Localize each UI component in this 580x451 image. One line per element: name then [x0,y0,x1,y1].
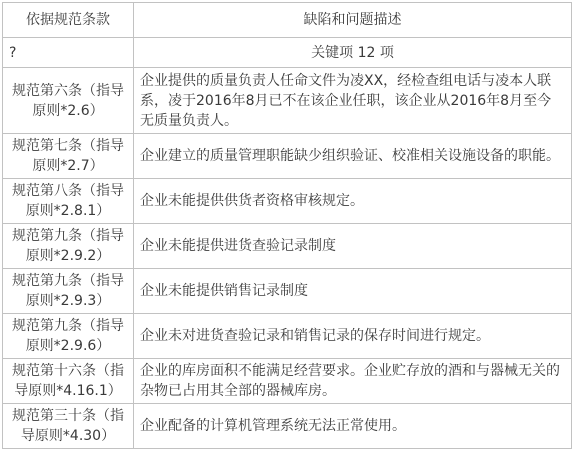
header-desc-column: 缺陷和问题描述 [134,3,572,38]
clause-cell: 规范第七条（指导原则*2.7） [3,134,134,179]
desc-cell: 企业配备的计算机管理系统无法正常使用。 [134,404,572,449]
table-row: ?关键项 12 项 [3,38,572,68]
table-row: 规范第六条（指导原则*2.6）企业提供的质量负责人任命文件为凌XX，经检查组电话… [3,68,572,134]
table-row: 规范第十六条（指导原则*4.16.1）企业的库房面积不能满足经营要求。企业贮存放… [3,359,572,404]
desc-cell: 企业未能提供进货查验记录制度 [134,224,572,269]
clause-cell: 规范第九条（指导原则*2.9.2） [3,224,134,269]
clause-cell: 规范第九条（指导原则*2.9.3） [3,269,134,314]
desc-cell: 企业建立的质量管理职能缺少组织验证、校准相关设施设备的职能。 [134,134,572,179]
clause-cell: 规范第三十条（指导原则*4.30） [3,404,134,449]
defect-report-table: 依据规范条款 缺陷和问题描述 ?关键项 12 项规范第六条（指导原则*2.6）企… [2,2,572,449]
clause-cell: 规范第六条（指导原则*2.6） [3,68,134,134]
desc-cell: 企业未对进货查验记录和销售记录的保存时间进行规定。 [134,314,572,359]
header-clause-column: 依据规范条款 [3,3,134,38]
clause-cell: ? [3,38,134,68]
table-row: 规范第九条（指导原则*2.9.2）企业未能提供进货查验记录制度 [3,224,572,269]
table-row: 规范第九条（指导原则*2.9.6）企业未对进货查验记录和销售记录的保存时间进行规… [3,314,572,359]
table-row: 规范第三十条（指导原则*4.30）企业配备的计算机管理系统无法正常使用。 [3,404,572,449]
header-row: 依据规范条款 缺陷和问题描述 [3,3,572,38]
clause-cell: 规范第十六条（指导原则*4.16.1） [3,359,134,404]
page: 依据规范条款 缺陷和问题描述 ?关键项 12 项规范第六条（指导原则*2.6）企… [0,0,580,451]
desc-cell: 关键项 12 项 [134,38,572,68]
table-body: ?关键项 12 项规范第六条（指导原则*2.6）企业提供的质量负责人任命文件为凌… [3,38,572,449]
desc-cell: 企业的库房面积不能满足经营要求。企业贮存放的酒和与器械无关的杂物已占用其全部的器… [134,359,572,404]
desc-cell: 企业未能提供供货者资格审核规定。 [134,179,572,224]
table-row: 规范第七条（指导原则*2.7）企业建立的质量管理职能缺少组织验证、校准相关设施设… [3,134,572,179]
table-row: 规范第八条（指导原则*2.8.1）企业未能提供供货者资格审核规定。 [3,179,572,224]
desc-cell: 企业提供的质量负责人任命文件为凌XX，经检查组电话与凌本人联系，凌于2016年8… [134,68,572,134]
clause-cell: 规范第九条（指导原则*2.9.6） [3,314,134,359]
clause-cell: 规范第八条（指导原则*2.8.1） [3,179,134,224]
desc-cell: 企业未能提供销售记录制度 [134,269,572,314]
table-row: 规范第九条（指导原则*2.9.3）企业未能提供销售记录制度 [3,269,572,314]
